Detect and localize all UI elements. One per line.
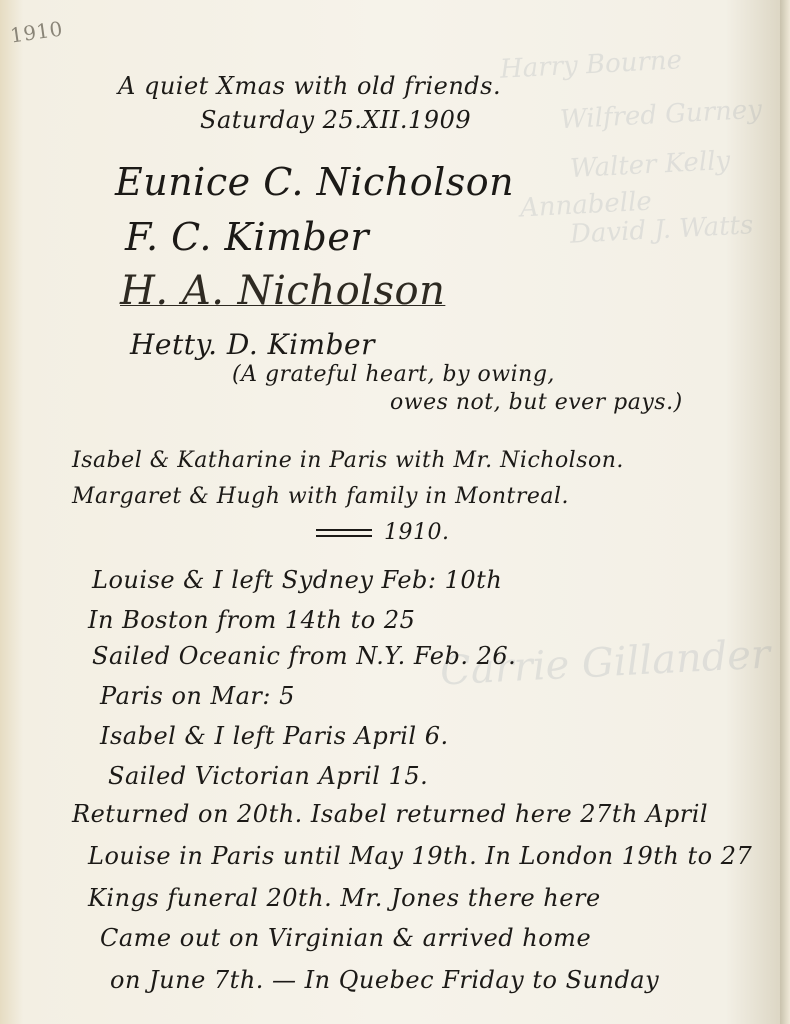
diary-entry: Isabel & I left Paris April 6. — [100, 722, 449, 750]
diary-entry: Louise & I left Sydney Feb: 10th — [92, 566, 502, 594]
bleed-through-text: Walter Kelly — [569, 146, 731, 184]
diary-entry: Sailed Oceanic from N.Y. Feb. 26. — [92, 642, 516, 670]
signature-fc-kimber: F. C. Kimber — [125, 215, 369, 259]
diary-entry: Returned on 20th. Isabel returned here 2… — [72, 800, 708, 828]
pencil-year-annotation: 1910 — [9, 16, 65, 47]
diary-entry: on June 7th. — In Quebec Friday to Sunda… — [110, 966, 659, 994]
bleed-through-text: Harry Bourne — [499, 45, 682, 84]
heading-line-2: Saturday 25.XII.1909 — [200, 106, 471, 134]
handwritten-guestbook-page: Harry Bourne Wilfred Gurney Walter Kelly… — [0, 0, 780, 1024]
note-isabel-katharine: Isabel & Katharine in Paris with Mr. Nic… — [72, 448, 624, 473]
diary-entry: Paris on Mar: 5 — [100, 682, 295, 710]
note-margaret-hugh: Margaret & Hugh with family in Montreal. — [72, 484, 569, 509]
bleed-through-text: Wilfred Gurney — [559, 95, 762, 136]
diary-entry: Louise in Paris until May 19th. In Londo… — [88, 842, 752, 870]
year-heading-1910: 1910. — [316, 520, 449, 545]
double-rule — [316, 529, 372, 537]
signature-eunice-nicholson: Eunice C. Nicholson — [115, 160, 514, 204]
year-heading-text: 1910. — [384, 520, 449, 545]
diary-entry: Came out on Virginian & arrived home — [100, 924, 591, 952]
diary-entry: In Boston from 14th to 25 — [88, 606, 415, 634]
signature-ha-nicholson: H. A. Nicholson — [120, 268, 445, 314]
page-edge — [780, 0, 790, 1024]
motto-line-2: owes not, but ever pays.) — [390, 390, 683, 415]
signature-hetty-kimber: Hetty. D. Kimber — [130, 328, 375, 361]
motto-line-1: (A grateful heart, by owing, — [232, 362, 555, 387]
diary-entry: Kings funeral 20th. Mr. Jones there here — [88, 884, 601, 912]
heading-line-1: A quiet Xmas with old friends. — [118, 72, 501, 100]
diary-entry: Sailed Victorian April 15. — [108, 762, 428, 790]
